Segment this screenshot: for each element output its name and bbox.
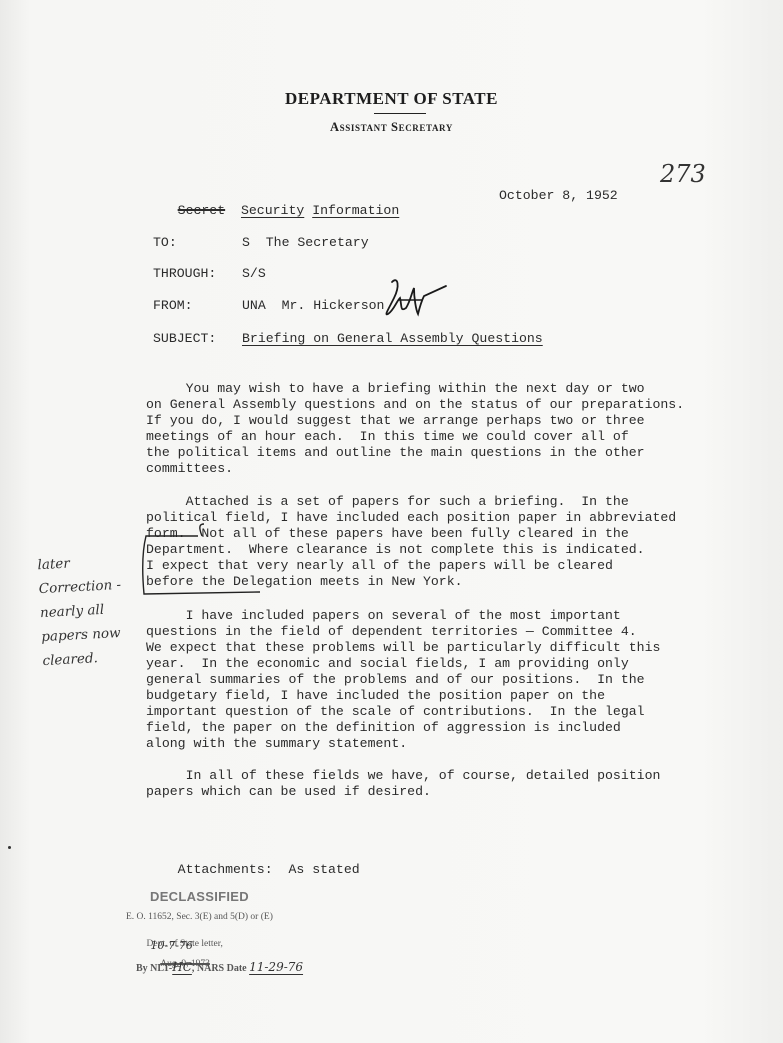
body-paragraph-3: I have included papers on several of the…: [146, 608, 766, 752]
body-line: questions in the field of dependent terr…: [146, 624, 766, 640]
subject-label: SUBJECT:: [153, 331, 216, 347]
margin-note-line: papers now: [41, 621, 124, 649]
letterhead-title: DEPARTMENT OF STATE: [0, 89, 783, 109]
body-line: committees.: [146, 461, 766, 477]
body-paragraph-4: In all of these fields we have, of cours…: [146, 768, 766, 800]
body-line: general summaries of the problems and of…: [146, 672, 766, 688]
body-line: field, the paper on the definition of ag…: [146, 720, 766, 736]
classification-struck: Secret: [178, 203, 225, 218]
margin-note-line: cleared.: [42, 645, 125, 673]
classification-line: Secret Security Information: [146, 187, 399, 235]
body-line: You may wish to have a briefing within t…: [146, 381, 766, 397]
body-line: papers which can be used if desired.: [146, 784, 766, 800]
from-label: FROM:: [153, 298, 193, 314]
body-line: the political items and outline the main…: [146, 445, 766, 461]
body-line: on General Assembly questions and on the…: [146, 397, 766, 413]
from-value: UNA Mr. Hickerson: [242, 298, 384, 314]
through-label: THROUGH:: [153, 266, 216, 282]
to-value: S The Secretary: [242, 235, 369, 251]
letterhead-subtitle: Assistant Secretary: [0, 120, 783, 135]
attachments-line: Attachments: As stated: [146, 846, 360, 894]
letterhead-rule: [374, 113, 426, 114]
through-value: S/S: [242, 266, 266, 282]
attachments-label: Attachments:: [178, 862, 273, 877]
body-line: meetings of an hour each. In this time w…: [146, 429, 766, 445]
margin-note-line: Correction -: [38, 573, 121, 601]
body-line: If you do, I would suggest that we arran…: [146, 413, 766, 429]
correction-bracket: [128, 522, 268, 600]
to-label: TO:: [153, 235, 177, 251]
handwritten-page-number: 273: [660, 160, 706, 188]
body-line: along with the summary statement.: [146, 736, 766, 752]
classification-label-security: Security: [241, 203, 304, 218]
handwritten-margin-note: laterCorrection -nearly allpapers nowcle…: [34, 501, 128, 721]
body-line: important question of the scale of contr…: [146, 704, 766, 720]
memo-date: October 8, 1952: [499, 188, 618, 204]
nars-date-label: , NARS Date: [192, 963, 247, 974]
nars-date-value: 11-29-76: [249, 960, 303, 974]
signature-initials: [378, 276, 448, 322]
nlt-initials: HC: [172, 960, 192, 974]
body-line: Attached is a set of papers for such a b…: [146, 494, 766, 510]
body-line: We expect that these problems will be pa…: [146, 640, 766, 656]
attachments-value: As stated: [288, 862, 359, 877]
declassified-stamp-title: DECLASSIFIED: [150, 889, 249, 904]
body-line: I have included papers on several of the…: [146, 608, 766, 624]
nlt-prefix: By NLT-: [136, 963, 172, 974]
margin-speck: [8, 846, 11, 849]
body-line: In all of these fields we have, of cours…: [146, 768, 766, 784]
document-page: DEPARTMENT OF STATE Assistant Secretary …: [0, 0, 783, 1043]
subject-value: Briefing on General Assembly Questions: [242, 331, 543, 347]
body-line: year. In the economic and social fields,…: [146, 656, 766, 672]
declassified-authority: E. O. 11652, Sec. 3(E) and 5(D) or (E): [126, 912, 273, 922]
body-line: budgetary field, I have included the pos…: [146, 688, 766, 704]
declassified-by-line: By NLT-HC, NARS Date 11-29-76: [126, 949, 303, 985]
classification-label-information: Information: [312, 203, 399, 218]
body-paragraph-1: You may wish to have a briefing within t…: [146, 381, 766, 477]
